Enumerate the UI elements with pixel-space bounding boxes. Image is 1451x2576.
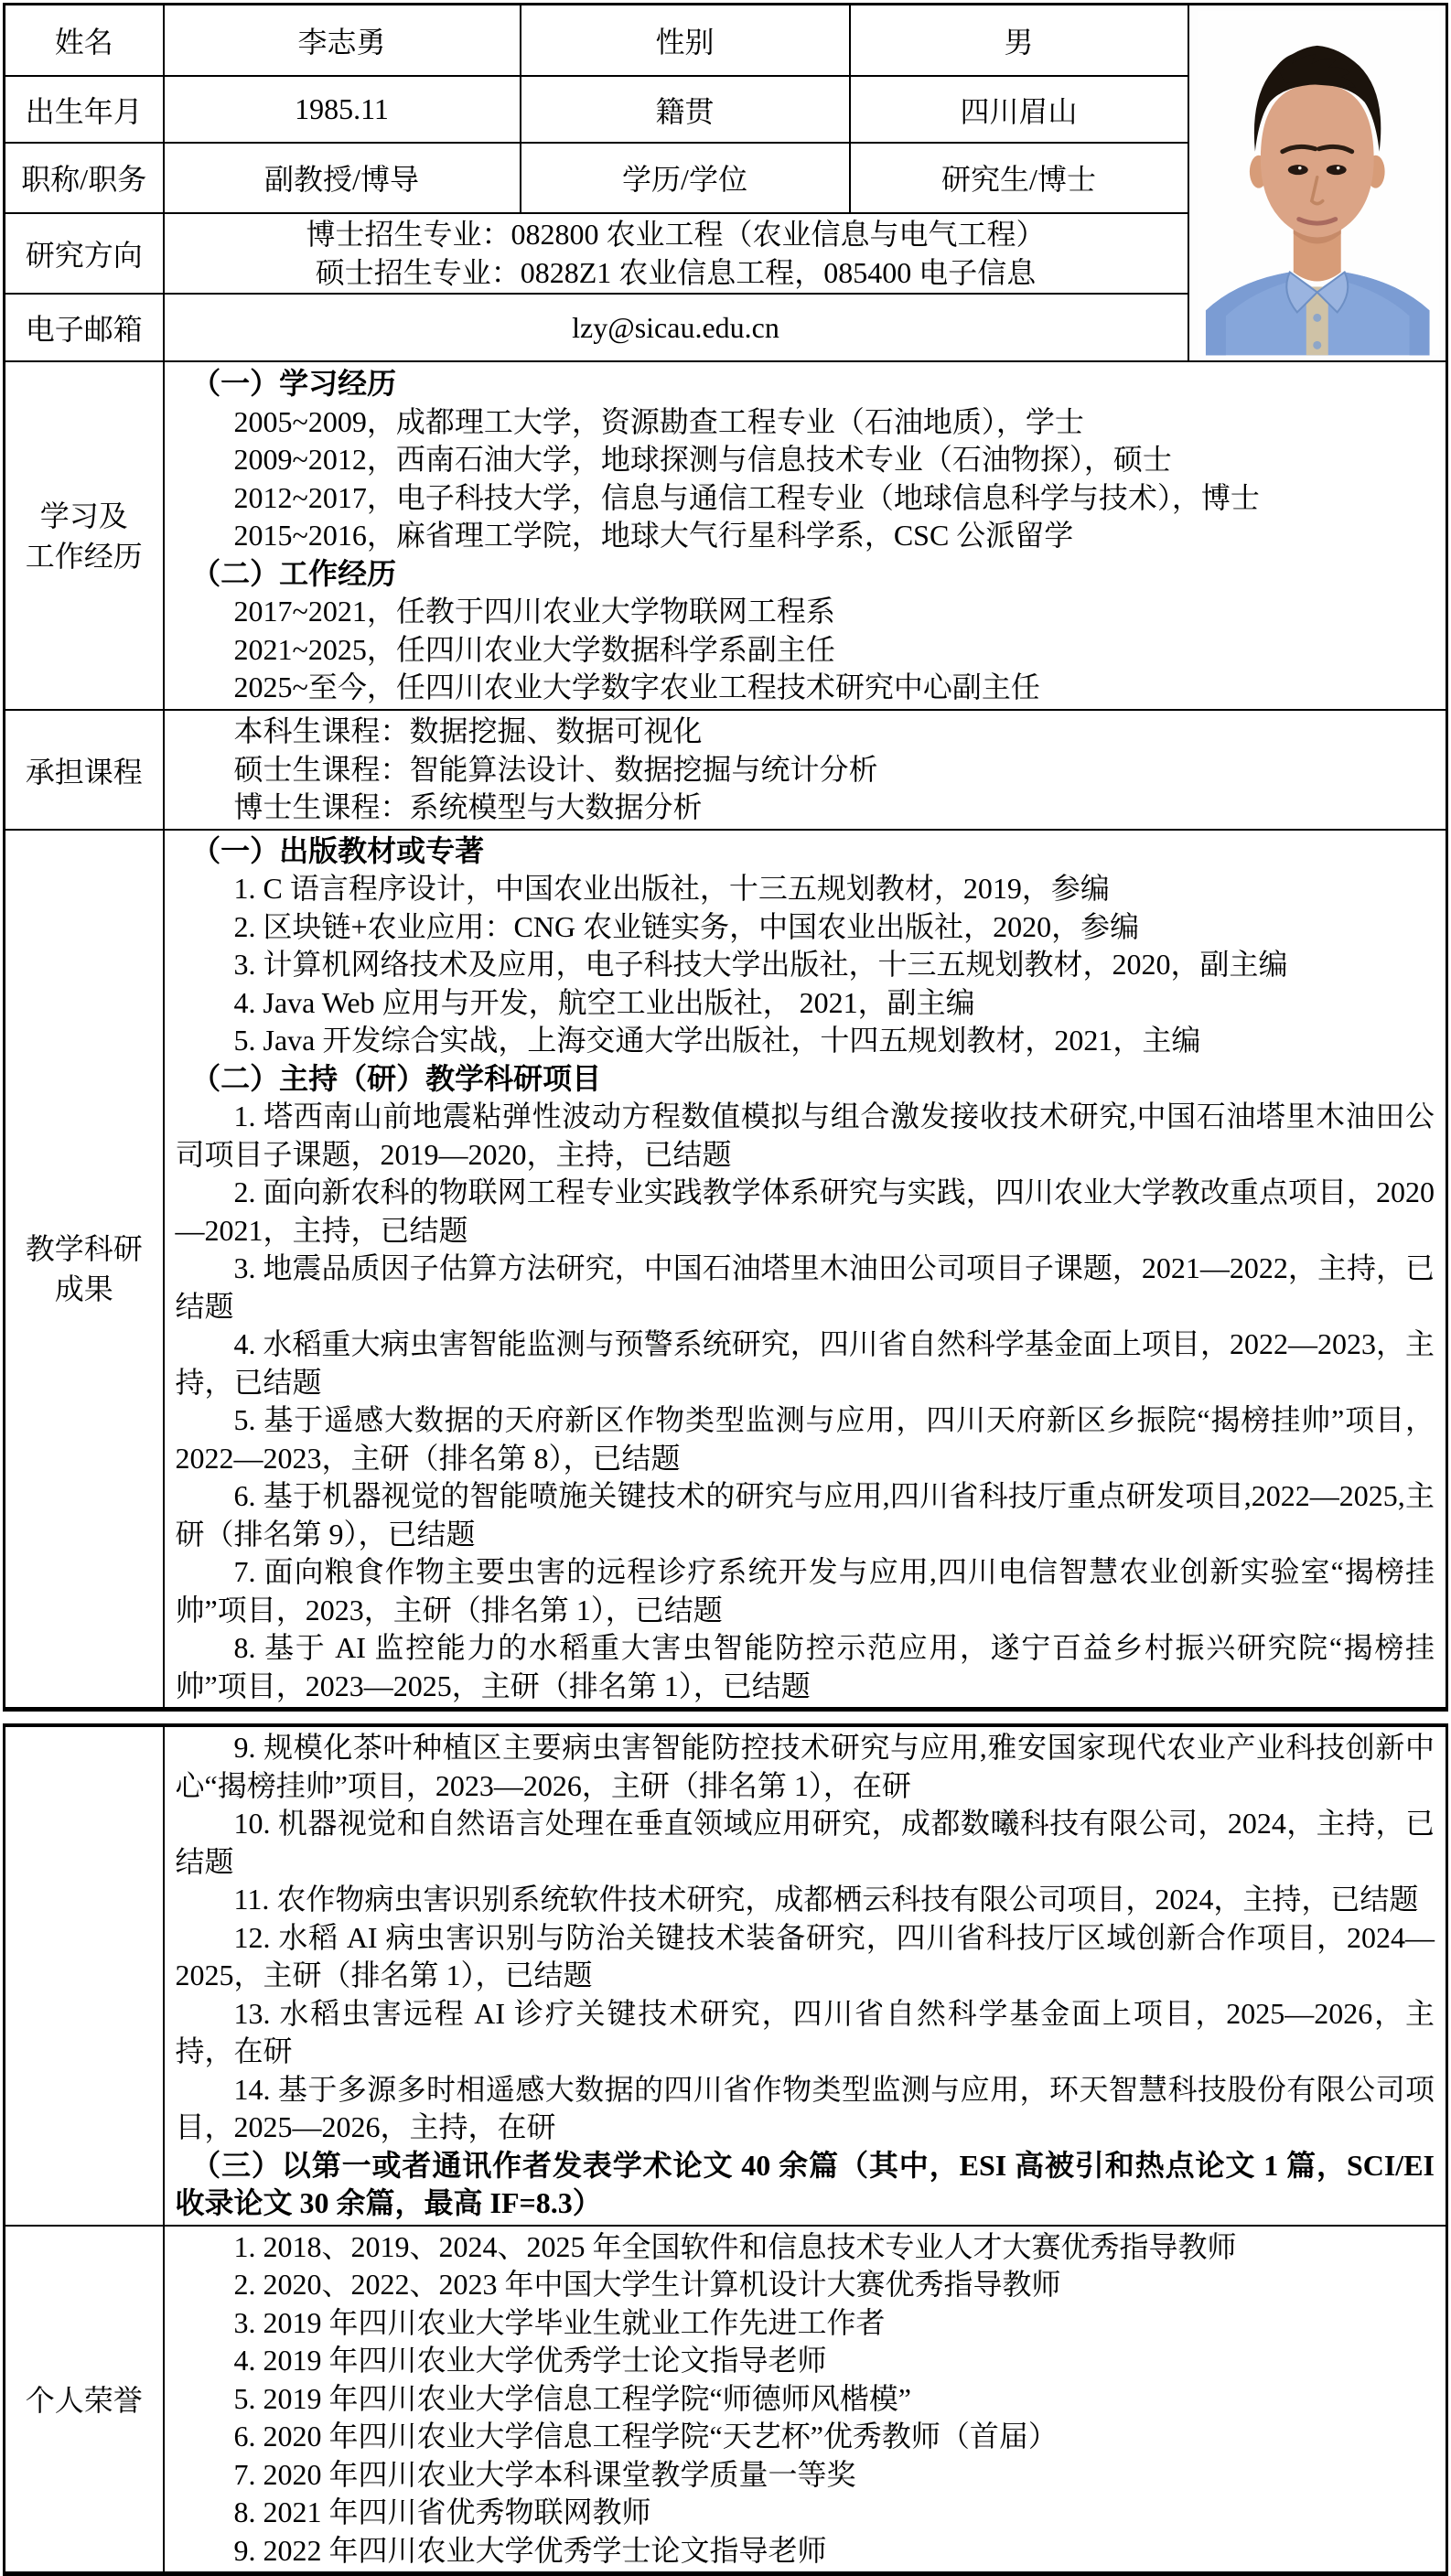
experience-label: 学习及 工作经历 xyxy=(5,361,164,710)
project-item: 11. 农作物病虫害识别系统软件技术研究，成都栖云科技有限公司项目，2024，主… xyxy=(176,1881,1435,1919)
gender-label: 性别 xyxy=(521,5,850,76)
name-value: 李志勇 xyxy=(164,5,521,76)
project-item: 1. 塔西南山前地震粘弹性波动方程数值模拟与组合激发接收技术研究,中国石油塔里木… xyxy=(176,1098,1435,1174)
row-experience: 学习及 工作经历 （一）学习经历 2005~2009，成都理工大学，资源勘查工程… xyxy=(5,361,1447,710)
project-item: 8. 基于 AI 监控能力的水稻重大害虫智能防控示范应用，遂宁百益乡村振兴研究院… xyxy=(176,1629,1435,1705)
email-label: 电子邮箱 xyxy=(5,294,164,361)
project-item: 5. 基于遥感大数据的天府新区作物类型监测与应用，四川天府新区乡振院“揭榜挂帅”… xyxy=(176,1401,1435,1477)
study-item: 2012~2017，电子科技大学，信息与通信工程专业（地球信息科学与技术），博士 xyxy=(176,479,1435,518)
title-value: 副教授/博导 xyxy=(164,143,521,212)
honor-item: 3. 2019 年四川农业大学毕业生就业工作先进工作者 xyxy=(176,2304,1435,2343)
honor-item: 8. 2021 年四川省优秀物联网教师 xyxy=(176,2494,1435,2532)
experience-label-line1: 学习及 xyxy=(9,496,159,536)
email-value: lzy@sicau.edu.cn xyxy=(164,294,1188,361)
achievements-continued-label-empty xyxy=(5,1725,164,2226)
achievements-label: 教学科研 成果 xyxy=(5,830,164,1710)
project-item: 7. 面向粮食作物主要虫害的远程诊疗系统开发与应用,四川电信智慧农业创新实验室“… xyxy=(176,1553,1435,1629)
study-item: 2015~2016，麻省理工学院，地球大气行星科学系，CSC 公派留学 xyxy=(176,517,1435,555)
book-item: 5. Java 开发综合实战，上海交通大学出版社，十四五规划教材，2021，主编 xyxy=(176,1022,1435,1060)
research-line-master: 硕士招生专业：0828Z1 农业信息工程，085400 电子信息 xyxy=(172,253,1180,292)
experience-label-line2: 工作经历 xyxy=(9,536,159,576)
book-item: 1. C 语言程序设计，中国农业出版社，十三五规划教材，2019，参编 xyxy=(176,870,1435,908)
degree-value: 研究生/博士 xyxy=(850,143,1188,212)
research-value: 博士招生专业：082800 农业工程（农业信息与电气工程） 硕士招生专业：082… xyxy=(164,213,1188,294)
experience-content: （一）学习经历 2005~2009，成都理工大学，资源勘查工程专业（石油地质），… xyxy=(164,361,1447,710)
honor-item: 1. 2018、2019、2024、2025 年全国软件和信息技术专业人才大赛优… xyxy=(176,2228,1435,2267)
honor-item: 7. 2020 年四川农业大学本科课堂教学质量一等奖 xyxy=(176,2456,1435,2495)
study-heading: （一）学习经历 xyxy=(176,365,1435,403)
course-item: 硕士生课程：智能算法设计、数据挖掘与统计分析 xyxy=(176,751,1435,789)
project-item: 10. 机器视觉和自然语言处理在垂直领域应用研究，成都数曦科技有限公司，2024… xyxy=(176,1805,1435,1881)
honor-item: 6. 2020 年四川农业大学信息工程学院“天艺杯”优秀教师（首届） xyxy=(176,2418,1435,2456)
achievements-continued-content: 9. 规模化茶叶种植区主要病虫害智能防控技术研究与应用,雅安国家现代农业产业科技… xyxy=(164,1725,1447,2226)
native-place-label: 籍贯 xyxy=(521,76,850,143)
work-item: 2025~至今，任四川农业大学数字农业工程技术研究中心副主任 xyxy=(176,669,1435,707)
project-item: 2. 面向新农科的物联网工程专业实践教学体系研究与实践，四川农业大学教改重点项目… xyxy=(176,1174,1435,1250)
row-courses: 承担课程 本科生课程：数据挖掘、数据可视化 硕士生课程：智能算法设计、数据挖掘与… xyxy=(5,710,1447,830)
achievements-label-line1: 教学科研 xyxy=(9,1229,159,1269)
achievements-label-line2: 成果 xyxy=(9,1269,159,1309)
work-heading: （二）工作经历 xyxy=(176,555,1435,594)
honor-item: 2. 2020、2022、2023 年中国大学生计算机设计大赛优秀指导教师 xyxy=(176,2266,1435,2304)
project-item: 14. 基于多源多时相遥感大数据的四川省作物类型监测与应用，环天智慧科技股份有限… xyxy=(176,2071,1435,2147)
row-achievements-continued: 9. 规模化茶叶种植区主要病虫害智能防控技术研究与应用,雅安国家现代农业产业科技… xyxy=(5,1725,1447,2226)
honor-item: 9. 2022 年四川农业大学优秀学士论文指导老师 xyxy=(176,2532,1435,2571)
project-item: 13. 水稻虫害远程 AI 诊疗关键技术研究，四川省自然科学基金面上项目，202… xyxy=(176,1995,1435,2071)
project-item: 4. 水稻重大病虫害智能监测与预警系统研究，四川省自然科学基金面上项目，2022… xyxy=(176,1326,1435,1401)
books-heading: （一）出版教材或专著 xyxy=(176,832,1435,871)
native-place-value: 四川眉山 xyxy=(850,76,1188,143)
course-item: 本科生课程：数据挖掘、数据可视化 xyxy=(176,713,1435,751)
project-item: 6. 基于机器视觉的智能喷施关键技术的研究与应用,四川省科技厅重点研发项目,20… xyxy=(176,1477,1435,1553)
profile-table-continued: 9. 规模化茶叶种植区主要病虫害智能防控技术研究与应用,雅安国家现代农业产业科技… xyxy=(3,1723,1448,2576)
course-item: 博士生课程：系统模型与大数据分析 xyxy=(176,789,1435,827)
project-item: 9. 规模化茶叶种植区主要病虫害智能防控技术研究与应用,雅安国家现代农业产业科技… xyxy=(176,1729,1435,1805)
courses-label: 承担课程 xyxy=(5,710,164,830)
book-item: 4. Java Web 应用与开发，航空工业出版社， 2021，副主编 xyxy=(176,984,1435,1023)
project-item: 3. 地震品质因子估算方法研究，中国石油塔里木油田公司项目子课题，2021—20… xyxy=(176,1250,1435,1326)
birth-label: 出生年月 xyxy=(5,76,164,143)
honor-item: 4. 2019 年四川农业大学优秀学士论文指导老师 xyxy=(176,2342,1435,2380)
research-line-doctoral: 博士招生专业：082800 农业工程（农业信息与电气工程） xyxy=(172,215,1180,253)
study-item: 2005~2009，成都理工大学，资源勘查工程专业（石油地质），学士 xyxy=(176,403,1435,442)
honors-label: 个人荣誉 xyxy=(5,2226,164,2574)
honor-item: 5. 2019 年四川农业大学信息工程学院“师德师风楷模” xyxy=(176,2380,1435,2419)
work-item: 2017~2021，任教于四川农业大学物联网工程系 xyxy=(176,593,1435,631)
faculty-profile-page: 姓名 李志勇 性别 男 xyxy=(0,0,1451,2573)
birth-value: 1985.11 xyxy=(164,76,521,143)
book-item: 3. 计算机网络技术及应用，电子科技大学出版社，十三五规划教材，2020，副主编 xyxy=(176,946,1435,984)
courses-content: 本科生课程：数据挖掘、数据可视化 硕士生课程：智能算法设计、数据挖掘与统计分析 … xyxy=(164,710,1447,830)
photo-cell xyxy=(1188,5,1447,362)
profile-table-main: 姓名 李志勇 性别 男 xyxy=(3,3,1448,1712)
degree-label: 学历/学位 xyxy=(521,143,850,212)
row-name-gender: 姓名 李志勇 性别 男 xyxy=(5,5,1447,76)
achievements-content: （一）出版教材或专著 1. C 语言程序设计，中国农业出版社，十三五规划教材，2… xyxy=(164,830,1447,1710)
research-label: 研究方向 xyxy=(5,213,164,294)
papers-heading: （三）以第一或者通讯作者发表学术论文 40 余篇（其中，ESI 高被引和热点论文… xyxy=(176,2147,1435,2223)
gender-value: 男 xyxy=(850,5,1188,76)
projects-heading: （二）主持（研）教学科研项目 xyxy=(176,1060,1435,1099)
project-item: 12. 水稻 AI 病虫害识别与防治关键技术装备研究，四川省科技厅区域创新合作项… xyxy=(176,1919,1435,1995)
row-honors: 个人荣誉 1. 2018、2019、2024、2025 年全国软件和信息技术专业… xyxy=(5,2226,1447,2574)
row-achievements: 教学科研 成果 （一）出版教材或专著 1. C 语言程序设计，中国农业出版社，十… xyxy=(5,830,1447,1710)
study-item: 2009~2012，西南石油大学，地球探测与信息技术专业（石油物探），硕士 xyxy=(176,441,1435,479)
portrait-photo xyxy=(1189,5,1446,360)
title-label: 职称/职务 xyxy=(5,143,164,212)
work-item: 2021~2025，任四川农业大学数据科学系副主任 xyxy=(176,631,1435,670)
book-item: 2. 区块链+农业应用：CNG 农业链实务，中国农业出版社，2020，参编 xyxy=(176,908,1435,947)
honors-content: 1. 2018、2019、2024、2025 年全国软件和信息技术专业人才大赛优… xyxy=(164,2226,1447,2574)
name-label: 姓名 xyxy=(5,5,164,76)
